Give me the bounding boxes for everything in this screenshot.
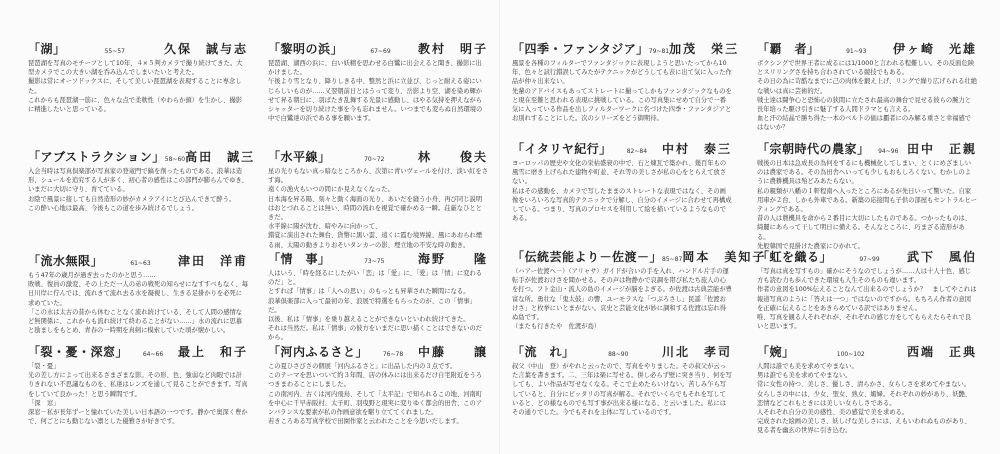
text-paragraph: 錯覚に演出された舞台、貨幣に黒い雲、遠くに霞む境界線、風にあおられ煙る雨、太陽の… [268, 231, 488, 249]
entry-text: 入会当時は写真倶楽部が写真家の登竜門で鎬を削ったものである。浪華は造形、シュール… [28, 167, 248, 213]
caption-entry: 「流水無限」61~63津田 洋甫もう47年の歳月が過ぎ去ったのかと思う……敗戦、… [28, 252, 248, 335]
text-paragraph: 私はその感動を、カメラで写したままのストレートな表現ではなく、その画像をいろいろ… [512, 187, 732, 224]
text-paragraph: 「深 窓」 [28, 399, 248, 408]
caption-entry: 「湖」55~57久保 誠与志琵琶湖を写真のモチーフとして10年、４×５判カメラで… [28, 40, 248, 114]
text-paragraph: 深窓－私が長年ずーと憧れていた美しい日本語の一つです。静かで奥深く豊かで、何ごと… [28, 408, 248, 426]
text-paragraph: 午後より雪となり、降りしきる中、整然と浜に立並び、じっと耐える姿にいじらしいもの… [268, 77, 488, 123]
author-name: 高田 誠三 [185, 148, 255, 165]
page-range: 91~93 [820, 48, 893, 55]
entry-text: 琵琶湖を写真のモチーフとして10年、４×５判カメラで撮り続けてきた。大型カメラで… [28, 59, 248, 114]
page-range: 94~96 [870, 148, 907, 155]
text-paragraph: 光の差し方によって出来るさまざまな影。その形、色、強弱など肉眼では計りきれない不… [28, 371, 248, 399]
caption-entry: 「四季・ファンタジア」79~81加茂 栄三風景を各種のフィルターでファンタジック… [512, 40, 732, 123]
author-name: 最上 和子 [178, 343, 248, 360]
entry-text: ボクシングで世界王者に成るには1/1000と言われる程難しい。その反面危険とスリ… [757, 59, 977, 133]
author-name: 岡本 美知子 [682, 248, 766, 265]
caption-entry: 「婉」100~102西端 正典人間は誰でも美を求めてやまない。男は誰でも美を求め… [757, 343, 977, 436]
text-paragraph: 作者の意図を100%伝えることなんて出来るのでしょうか？ ましてやこれは報道写真… [757, 285, 977, 313]
text-paragraph: 撮影は常にオーソドックスに、そして美しい琵琶湖を表現することに専念した。 [28, 77, 248, 95]
entry-title: 「黎明の浜」 [268, 40, 343, 57]
caption-entry: 「情 事」73~75海野 隆人はいう、「時を経るにしたがい「恋」は「愛」に、「愛… [268, 250, 488, 343]
entry-text: 「裂・憂」光の差し方によって出来るさまざまな影。その形、色、強弱など肉眼では計り… [28, 362, 248, 426]
entry-title: 「宗朝時代の農家」 [757, 140, 870, 157]
entry-text: もう47年の歳月が過ぎ去ったのかと思う……敗戦、復員の激変、その上ただ一人の弟の… [28, 271, 248, 335]
text-paragraph: その日の為に苛酷なまでに己の肉体を鍛え上げ、リングで繰り広げられる壮絶な戦いは真… [757, 77, 977, 95]
text-paragraph: とすれば「情事」は「人への思い」のもっとも昇華された瞬間になる。 [268, 287, 488, 296]
text-paragraph: これからも琵琶湖一筋に、色々な点で柔軟性（やわらか頭）を生かし、撮影に精進したい… [28, 96, 248, 114]
text-paragraph: この南河内、古くは河内飛鳥、そして「太平記」で知られるこの地、河南町を中心に千早… [268, 390, 488, 418]
entry-text: 人はいう、「時を経るにしたがい「恋」は「愛」に、「愛」は「情」に変わるのだ」と。… [268, 269, 488, 343]
entry-header: 「河内ふるさと」76~78中藤 譲 [268, 343, 488, 361]
text-paragraph: 琵琶湖を写真のモチーフとして10年、４×５判カメラで撮り続けてきた。大型カメラで… [28, 59, 248, 77]
entry-header: 「四季・ファンタジア」79~81加茂 栄三 [512, 40, 732, 58]
page-range: 55~57 [66, 48, 164, 55]
author-name: 教村 明子 [418, 40, 488, 57]
entry-header: 「覇 者」91~93伊ヶ崎 光雄 [757, 40, 977, 58]
author-name: 海野 隆 [418, 250, 488, 267]
entry-header: 「宗朝時代の農家」94~96田中 正親 [757, 140, 977, 158]
caption-entry: 「アブストラクション」58~60高田 誠三入会当時は写真倶楽部が写真家の登竜門で… [28, 148, 248, 213]
entry-title: 「イタリヤ紀行」 [512, 140, 612, 157]
page-range: 58~60 [165, 156, 185, 163]
text-paragraph: （ハアー佐渡へ－）（アリャサ）ガイドが合いの手を入れ、ハンドル片手の運転手が佐渡… [512, 267, 732, 322]
text-paragraph: 人間は誰でも美を求めてやまない。 [757, 362, 977, 371]
text-paragraph: 敗戦、復員の激変、その上ただ一人の弟の戦死の知らせになすすべもなく、毎日川岸に佇… [28, 280, 248, 308]
caption-entry: 「流 れ」88~90川北 孝司叔父（中山 登）がやれと云ったので、写真をやりまし… [512, 343, 732, 417]
entry-text: 人間は誰でも美を求めてやまない。男は誰でも美を求めてやまない。常に女性の持つ、美… [757, 362, 977, 436]
author-name: 津田 洋甫 [178, 252, 248, 269]
text-paragraph: 「写真は真を写すもの」確かにそうなのでしょうが……人は十人十色、感じ方も読む力も… [757, 267, 977, 285]
author-name: 久保 誠与志 [164, 40, 248, 57]
entry-header: 「虹を織る」97~99武下 風伯 [757, 248, 977, 266]
text-paragraph: 「この水は太古の昔から休むことなく流れ続けている、そして人間の感情など無関係に、… [28, 308, 248, 336]
caption-entry: 「宗朝時代の農家」94~96田中 正親戦後の日本は急成長の為何をするにも機械化し… [757, 140, 977, 251]
text-paragraph: 風景を各種のフィルターでファンタジックに表現しようと思いたってから10年、色々と… [512, 59, 732, 87]
page-range: 76~78 [368, 351, 418, 358]
author-name: 中村 泰三 [662, 140, 732, 157]
caption-entry: 「黎明の浜」67~69教村 明子琵琶湖、湖西の浜に、白い妖精を思わせる白鷺に出会… [268, 40, 488, 123]
page-fold [499, 0, 500, 454]
author-name: 川北 孝司 [662, 343, 732, 360]
text-paragraph: 血と汗の結晶で勝ち得た一本のベルトの価は覇者にのみ解る重さと幸福感ではないか？ [757, 114, 977, 132]
page-range: 88~90 [575, 351, 662, 358]
text-paragraph: 「裂・憂」 [28, 362, 248, 371]
text-paragraph: ヨーロッパの歴史や文化の栄枯盛衰の中で、石と煉瓦で築かれ、幾百年もの風雪に磨き上… [512, 159, 732, 187]
text-paragraph: 以後、私は「情事」を乗り越えることができないといわれ続けてきた。 [268, 315, 488, 324]
entry-text: 星の光りもない真っ暗なところから、次第に青いヴェールを付け、淡い紅をさす海。遠く… [268, 167, 488, 250]
text-paragraph: 戦士達は闘争心と恐怖心の狭間に立たされ最高の舞台で見せる彼らの腕力と長年培った駆… [757, 96, 977, 114]
text-paragraph: 星の光りもない真っ暗なところから、次第に青いヴェールを付け、淡い紅をさす海。 [268, 167, 488, 185]
text-paragraph: 女らしさの中には、少女、聖女、熟女、媚婦。それぞれの妙があり、妖艶、恋情などこれ… [757, 390, 977, 408]
author-name: 西端 正典 [907, 343, 977, 360]
text-paragraph: 私の親類が八幡の１軒程南へ入ったところにあるが先日いって驚いた。自家用車が２台、… [757, 187, 977, 215]
text-paragraph: この酔い心地は最高、今後もこの道を歩み続けるでしょう。 [28, 204, 248, 213]
caption-entry: 「イタリヤ紀行」82~84中村 泰三ヨーロッパの歴史や文化の栄枯盛衰の中で、石と… [512, 140, 732, 223]
entry-header: 「水平線」70~72林 俊夫 [268, 148, 488, 166]
entry-text: ヨーロッパの歴史や文化の栄枯盛衰の中で、石と煉瓦で築かれ、幾百年もの風雪に磨き上… [512, 159, 732, 223]
page-range: 82~84 [612, 148, 662, 155]
entry-header: 「情 事」73~75海野 隆 [268, 250, 488, 268]
text-paragraph: 若きころある写真学校で田園作家と云われたことを今思いだします。 [268, 417, 488, 426]
entry-header: 「裂・憂・深窓」64~66最上 和子 [28, 343, 248, 361]
page-range: 61~63 [103, 260, 178, 267]
text-paragraph: 男は誰でも美を求めてやまない。 [757, 371, 977, 380]
author-name: 武下 風伯 [907, 248, 977, 265]
text-paragraph: 叔父（中山 登）がやれと云ったので、写真をやりました。その叔父が云った言葉を書き… [512, 362, 732, 417]
entry-title: 「虹を織る」 [757, 248, 832, 265]
text-paragraph: 完成された絵画の美しさ、妖しげな美しさには、えもいわれぬものがあり、見る者を幽玄… [757, 417, 977, 435]
text-paragraph: それは当然だ。私は「情事」の彼方をいまだに思い描くことはできないのだから。 [268, 324, 488, 342]
text-paragraph: 常に女性の持つ、美しさ、優しさ、清らかさ、女らしさを求めてやまない。 [757, 380, 977, 389]
entry-title: 「アブストラクション」 [28, 148, 165, 165]
entry-text: 風景を各種のフィルターでファンタジックに表現しようと思いたってから10年、色々と… [512, 59, 732, 123]
page-range: 85~87 [662, 256, 682, 263]
entry-text: 「写真は真を写すもの」確かにそうなのでしょうが……人は十人十色、感じ方も読む力も… [757, 267, 977, 331]
entry-text: 叔父（中山 登）がやれと云ったので、写真をやりました。その叔父が云った言葉を書き… [512, 362, 732, 417]
author-name: 林 俊夫 [418, 148, 488, 165]
entry-title: 「湖」 [28, 40, 66, 57]
entry-header: 「伝統芸能より－佐渡－」85~87岡本 美知子 [512, 248, 732, 266]
text-paragraph: 琵琶湖、湖西の浜に、白い妖精を思わせる白鷺に出会えると聞き、撮影に出かけました。 [268, 59, 488, 77]
text-paragraph: 唯、写真を観る人それぞれが、それぞれの感じ方をしてもらえたらそれで良いと思います… [757, 313, 977, 331]
author-name: 中藤 譲 [418, 343, 488, 360]
text-paragraph: 戦後の日本は急成長の為何をするにも機械化してしまい、とくにめざましいのは農家であ… [757, 159, 977, 187]
entry-header: 「婉」100~102西端 正典 [757, 343, 977, 361]
entry-header: 「アブストラクション」58~60高田 誠三 [28, 148, 248, 166]
text-paragraph: ボクシングで世界王者に成るには1/1000と言われる程難しい。その反面危険とスリ… [757, 59, 977, 77]
entry-header: 「湖」55~57久保 誠与志 [28, 40, 248, 58]
entry-title: 「婉」 [757, 343, 795, 360]
text-paragraph: 水平線に陽が沈む、暗やみに向かって、 [268, 222, 488, 231]
caption-entry: 「伝統芸能より－佐渡－」85~87岡本 美知子（ハアー佐渡へ－）（アリャサ）ガイ… [512, 248, 732, 331]
text-paragraph: 先輩のアドバイスもあってストレートに撮ってしかもファンタジックなものをと現在至難… [512, 87, 732, 124]
author-name: 田中 正親 [907, 140, 977, 157]
page-range: 70~72 [331, 156, 418, 163]
caption-entry: 「覇 者」91~93伊ヶ崎 光雄ボクシングで世界王者に成るには1/1000と言わ… [757, 40, 977, 133]
caption-entry: 「水平線」70~72林 俊夫星の光りもない真っ暗なところから、次第に青いヴェール… [268, 148, 488, 250]
entry-title: 「情 事」 [268, 250, 331, 267]
entry-header: 「流水無限」61~63津田 洋甫 [28, 252, 248, 270]
entry-header: 「流 れ」88~90川北 孝司 [512, 343, 732, 361]
page-range: 97~99 [832, 256, 907, 263]
text-paragraph: もう47年の歳月が過ぎ去ったのかと思う…… [28, 271, 248, 280]
entry-text: この夏ひさびさの個展「河内ふるさと」に出品した内の３点です。このテーマを思いつい… [268, 362, 488, 426]
entry-title: 「裂・憂・深窓」 [28, 343, 128, 360]
text-paragraph: このテーマを思いついて約３年間、店の休みには出来るだけ自宅附近をうろつきまわるこ… [268, 371, 488, 389]
entry-title: 「伝統芸能より－佐渡－」 [512, 248, 662, 265]
text-paragraph: この夏ひさびさの個展「河内ふるさと」に出品した内の３点です。 [268, 362, 488, 371]
entry-header: 「黎明の浜」67~69教村 明子 [268, 40, 488, 58]
entry-text: （ハアー佐渡へ－）（アリャサ）ガイドが合いの手を入れ、ハンドル片手の運転手が佐渡… [512, 267, 732, 331]
entry-title: 「水平線」 [268, 148, 331, 165]
caption-entry: 「虹を織る」97~99武下 風伯「写真は真を写すもの」確かにそうなのでしょうが…… [757, 248, 977, 331]
entry-title: 「流水無限」 [28, 252, 103, 269]
entry-title: 「四季・ファンタジア」 [512, 40, 649, 57]
entry-title: 「覇 者」 [757, 40, 820, 57]
text-paragraph: 人それぞれ自分の美の感性、美の感覚で美を求める。 [757, 408, 977, 417]
page-range: 73~75 [331, 258, 418, 265]
entry-header: 「イタリヤ紀行」82~84中村 泰三 [512, 140, 732, 158]
text-paragraph: 遠くの漁火もいつの間にか見えなくなった。 [268, 185, 488, 194]
author-name: 加茂 栄三 [669, 40, 739, 57]
entry-text: 琵琶湖、湖西の浜に、白い妖精を思わせる白鷺に出会えると聞き、撮影に出かけました。… [268, 59, 488, 123]
text-paragraph: 人はいう、「時を経るにしたがい「恋」は「愛」に、「愛」は「情」に変わるのだ」と。 [268, 269, 488, 287]
text-paragraph: 浪華倶楽部に入って最初の年、浪展で特選をもらったのが、この「情事」だ。 [268, 297, 488, 315]
text-paragraph: 昔の人は農機具を命から２番目に大切にしたものである。つかったものは、綺麗にあらっ… [757, 214, 977, 242]
page-range: 100~102 [795, 351, 907, 358]
text-paragraph: お陰で風景に接しても自然造形の妙がカメラアイにとび込んできて酔う。 [28, 195, 248, 204]
page-range: 79~81 [649, 48, 669, 55]
entry-title: 「河内ふるさと」 [268, 343, 368, 360]
text-paragraph: （またも行きたや 佐渡が島） [512, 322, 732, 331]
page-range: 64~66 [128, 351, 178, 358]
entry-title: 「流 れ」 [512, 343, 575, 360]
caption-entry: 「河内ふるさと」76~78中藤 譲この夏ひさびさの個展「河内ふるさと」に出品した… [268, 343, 488, 426]
author-name: 伊ヶ崎 光雄 [893, 40, 977, 57]
text-paragraph: 入会当時は写真倶楽部が写真家の登竜門で鎬を削ったものである。浪華は造形、シュール… [28, 167, 248, 195]
caption-entry: 「裂・憂・深窓」64~66最上 和子「裂・憂」光の差し方によって出来るさまざまな… [28, 343, 248, 426]
page-range: 67~69 [343, 48, 418, 55]
entry-text: 戦後の日本は急成長の為何をするにも機械化してしまい、とくにめざましいのは農家であ… [757, 159, 977, 251]
text-paragraph: 日本海を昇る陽、刻々と動く海面の光り、あいだを縫う小舟、再び同じ説明はおとづれる… [268, 195, 488, 223]
